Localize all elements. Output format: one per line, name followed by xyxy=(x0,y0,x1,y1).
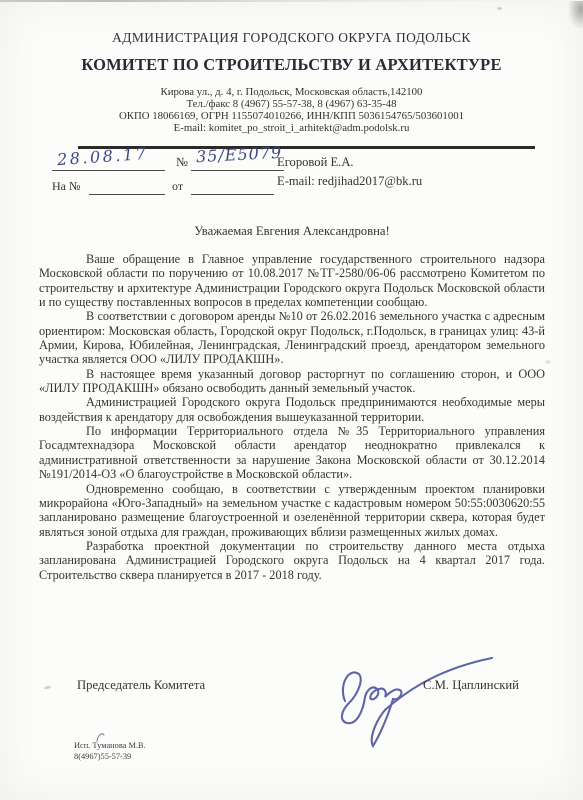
scan-speck xyxy=(497,7,502,10)
letterhead-email: E-mail: komitet_po_stroit_i_arhitekt@adm… xyxy=(0,122,583,134)
scan-edge-artifact xyxy=(0,0,583,2)
letterhead-contacts: Кирова ул., д. 4, г. Подольск, Московска… xyxy=(0,86,583,134)
scan-corner-smudge xyxy=(569,1,583,28)
executor-name: Исп. Туманова М.В. xyxy=(74,741,146,750)
body-paragraph: Ваше обращение в Главное управление госу… xyxy=(39,252,545,309)
handwritten-outgoing-number: 35/Е5079 xyxy=(196,143,283,166)
reply-to-number-label: На № xyxy=(52,179,80,194)
salutation: Уважаемая Евгения Александровна! xyxy=(39,224,545,239)
number-sign-label: № xyxy=(176,155,188,170)
signer-name: С.М. Цаплинский xyxy=(423,678,519,693)
recipient-email: E-mail: redjihad2017@bk.ru xyxy=(277,174,422,189)
body-paragraph: Одновременно сообщаю, в соответствии с у… xyxy=(39,482,545,539)
scan-speck xyxy=(44,685,52,690)
letterhead-codes: ОКПО 18066169, ОГРН 1155074010266, ИНН/К… xyxy=(0,110,583,122)
body-paragraph: В настоящее время указанный договор раст… xyxy=(39,367,545,396)
body-paragraph: Администрацией Городского округа Подольс… xyxy=(39,395,545,424)
date-underline xyxy=(52,170,165,171)
scan-speck xyxy=(545,360,551,364)
number-underline xyxy=(191,170,284,171)
body-paragraph: По информации Территориального отдела №3… xyxy=(39,424,545,481)
recipient-name: Егоровой Е.А. xyxy=(277,155,354,170)
signer-position: Председатель Комитета xyxy=(77,678,205,693)
reply-from-label: от xyxy=(172,179,183,194)
organization-name: АДМИНИСТРАЦИЯ ГОРОДСКОГО ОКРУГА ПОДОЛЬСК xyxy=(0,30,583,46)
committee-name: КОМИТЕТ ПО СТРОИТЕЛЬСТВУ И АРХИТЕКТУРЕ xyxy=(0,55,583,75)
reply-date-underline xyxy=(191,194,274,195)
body-paragraph: Разработка проектной документации по стр… xyxy=(39,539,545,582)
body-paragraph: В соответствии с договором аренды №10 от… xyxy=(39,309,545,366)
letterhead: АДМИНИСТРАЦИЯ ГОРОДСКОГО ОКРУГА ПОДОЛЬСК… xyxy=(0,30,583,134)
letterhead-address: Кирова ул., д. 4, г. Подольск, Московска… xyxy=(0,86,583,98)
scanned-letter-page: АДМИНИСТРАЦИЯ ГОРОДСКОГО ОКРУГА ПОДОЛЬСК… xyxy=(0,0,583,800)
letter-body: Уважаемая Евгения Александровна! Ваше об… xyxy=(39,224,545,582)
letterhead-phone: Тел./факс 8 (4967) 55-57-38, 8 (4967) 63… xyxy=(0,98,583,110)
executor-phone: 8(4967)55-57-39 xyxy=(74,752,131,761)
reply-number-underline xyxy=(89,194,165,195)
signature-flourish-icon xyxy=(331,649,499,751)
handwritten-date: 28.08.17 xyxy=(56,144,148,169)
